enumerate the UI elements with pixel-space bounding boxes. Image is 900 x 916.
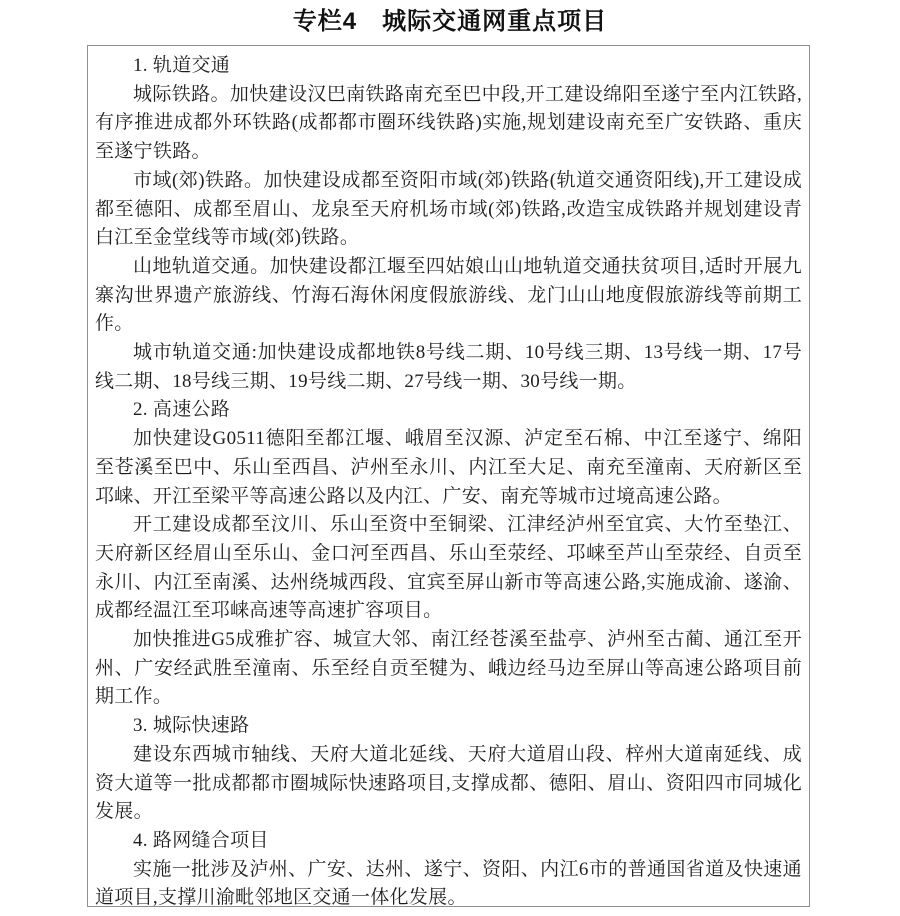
paragraph-expressway-accelerate: 加快建设G0511德阳至都江堰、峨眉至汉源、泸定至石棉、中江至遂宁、绵阳至苍溪至… xyxy=(95,425,802,511)
section-heading-intercity-expressroads: 3. 城际快速路 xyxy=(95,712,802,741)
section-heading-rail-transit: 1. 轨道交通 xyxy=(95,52,802,81)
paragraph-urban-metro: 城市轨道交通:加快建设成都地铁8号线二期、10号线三期、13号线一期、17号线二… xyxy=(95,339,802,396)
paragraph-express-roads: 建设东西城市轴线、天府大道北延线、天府大道眉山段、梓州大道南延线、成资大道等一批… xyxy=(95,741,802,827)
document-page: 专栏4 城际交通网重点项目 1. 轨道交通 城际铁路。加快建设汉巴南铁路南充至巴… xyxy=(0,0,900,916)
section-heading-expressways: 2. 高速公路 xyxy=(95,396,802,425)
paragraph-expressway-advance: 加快推进G5成雅扩容、城宣大邻、南江经苍溪至盐亭、泸州至古蔺、通江至开州、广安经… xyxy=(95,626,802,712)
paragraph-suburban-railway: 市域(郊)铁路。加快建设成都至资阳市域(郊)铁路(轨道交通资阳线),开工建设成都… xyxy=(95,167,802,253)
paragraph-road-network: 实施一批涉及泸州、广安、达州、遂宁、资阳、内江6市的普通国省道及快速通道项目,支… xyxy=(95,856,802,913)
content-box: 1. 轨道交通 城际铁路。加快建设汉巴南铁路南充至巴中段,开工建设绵阳至遂宁至内… xyxy=(87,45,810,907)
paragraph-intercity-railway: 城际铁路。加快建设汉巴南铁路南充至巴中段,开工建设绵阳至遂宁至内江铁路,有序推进… xyxy=(95,81,802,167)
section-heading-road-network: 4. 路网缝合项目 xyxy=(95,827,802,856)
paragraph-mountain-rail: 山地轨道交通。加快建设都江堰至四姑娘山山地轨道交通扶贫项目,适时开展九寨沟世界遗… xyxy=(95,253,802,339)
page-title: 专栏4 城际交通网重点项目 xyxy=(0,4,900,40)
paragraph-expressway-start: 开工建设成都至汶川、乐山至资中至铜梁、江津经泸州至宜宾、大竹至垫江、天府新区经眉… xyxy=(95,511,802,626)
